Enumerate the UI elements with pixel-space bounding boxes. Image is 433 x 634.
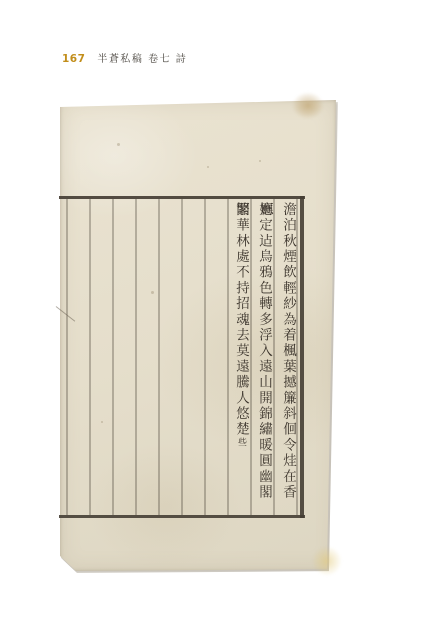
poem-column-2: 婤定迠烏鴉色轉多浮入遠山開錦繡暖圓幽閣閣 [252, 202, 275, 514]
scanned-book-page-photo: 167半蒼私稿 卷七 詩 澹泊秋煙飲輕紗為着楓葉撼簾斜佪令烓在香應 婤定迠烏鴉色… [0, 0, 433, 634]
poem-column-3: 繁華林處不持招魂去莫遠騰人悠楚些 [229, 202, 252, 514]
foxing-stain-top-right [292, 92, 324, 119]
foxing-speck [207, 166, 209, 168]
foxing-speck [117, 143, 120, 146]
running-header: 167半蒼私稿 卷七 詩 [62, 50, 187, 64]
foxing-stain-bottom-right [312, 546, 342, 576]
foxing-speck [151, 291, 154, 294]
poem-column-3-text: 繁華林處不持招魂去莫遠騰人悠楚 [233, 202, 249, 438]
page-number: 167 [62, 53, 85, 65]
book-title: 半蒼私稿 卷七 詩 [97, 54, 187, 65]
frame-bottom-border [59, 515, 305, 518]
frame-top-border [59, 196, 305, 199]
poem-column-3-small-char: 些 [236, 438, 246, 447]
foxing-speck [259, 160, 261, 162]
foxing-speck [101, 421, 103, 423]
frame-right-border [300, 196, 304, 518]
poem-column-1: 澹泊秋煙飲輕紗為着楓葉撼簾斜佪令烓在香應 [276, 202, 299, 514]
